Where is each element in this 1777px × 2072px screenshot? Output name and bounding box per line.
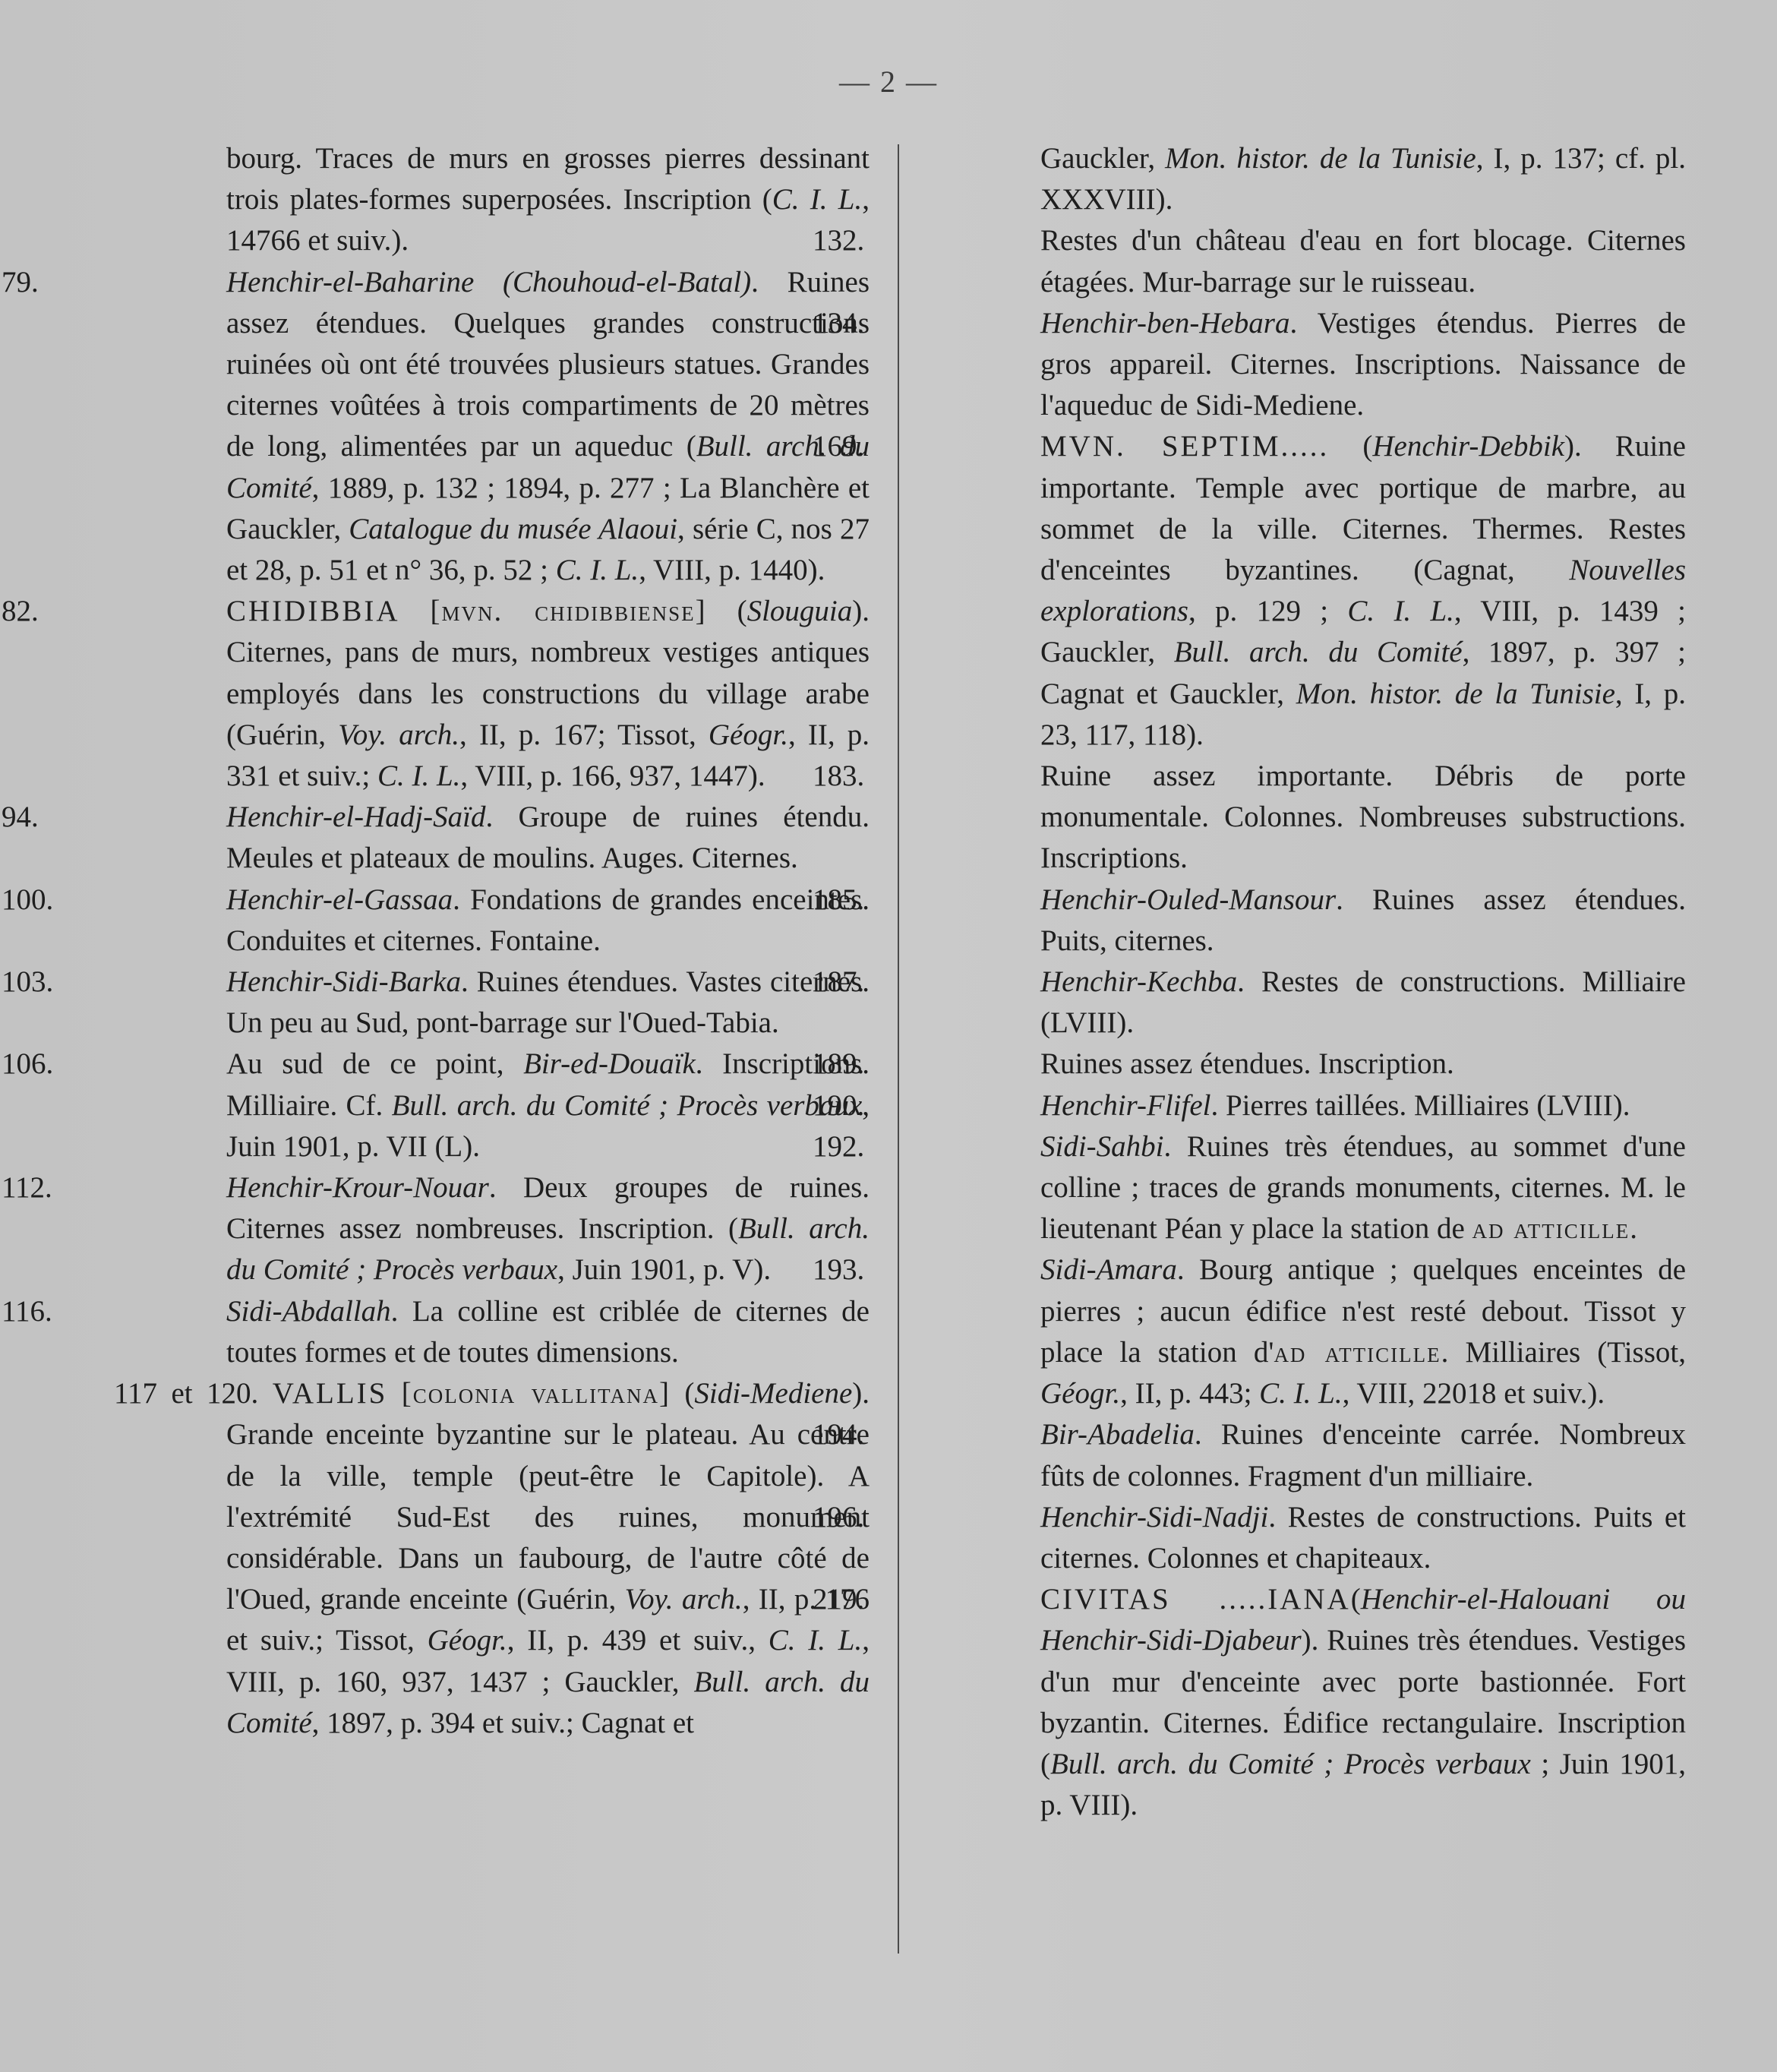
site-entry: 192.Sidi-Sahbi. Ruines très étendues, au… (926, 1126, 1686, 1250)
column-divider (898, 144, 899, 1954)
site-name: Henchir-el-Hadj-Saïd (226, 801, 485, 833)
site-name: Henchir-Sidi-Nadji (1040, 1501, 1268, 1533)
site-entry: 79.Henchir-el-Baharine (Chouhoud-el-Bata… (114, 262, 870, 592)
entry-number: 100. (114, 880, 226, 921)
site-name: Henchir-Kechba (1040, 965, 1237, 998)
entry-number: 134. (926, 303, 1040, 344)
site-name: Bir-Abadelia (1040, 1418, 1195, 1451)
ancient-name: CHIDIBBIA (226, 595, 400, 627)
site-entry: 117 et 120. VALLIS [colonia vallitana] (… (114, 1373, 870, 1744)
entry-number: 194. (926, 1414, 1040, 1455)
station-name: ad atticille (1274, 1336, 1441, 1369)
site-name: Henchir-Sidi-Barka (226, 965, 461, 998)
entry-number: 192. (926, 1126, 1040, 1167)
site-name: Sidi-Sahbi (1040, 1130, 1164, 1163)
station-name: ad atticille (1472, 1212, 1630, 1245)
entry-number: 106. (114, 1044, 226, 1085)
site-entry: 106.Au sud de ce point, Bir-ed-Douaïk. I… (114, 1044, 870, 1167)
site-entry: 116.Sidi-Abdallah. La colline est criblé… (114, 1291, 870, 1373)
entry-number: 103. (114, 962, 226, 1003)
site-entry: 183.Ruine assez importante. Débris de po… (926, 756, 1686, 880)
continuation-paragraph: Gauckler, Mon. histor. de la Tunisie, I,… (926, 138, 1686, 220)
page-number: — 2 — (0, 64, 1777, 99)
site-name: Henchir-Flifel (1040, 1089, 1210, 1122)
entry-number: 185. (926, 880, 1040, 921)
site-entry: 169.MVN. SEPTIM..... (Henchir-Debbik). R… (926, 426, 1686, 756)
site-name: Sidi-Abdallah (226, 1295, 391, 1328)
ancient-name: CIVITAS .....IANA (1040, 1583, 1351, 1616)
site-name: Bir-ed-Douaïk (523, 1047, 696, 1080)
site-entry: 194.Bir-Abadelia. Ruines d'enceinte carr… (926, 1414, 1686, 1496)
entry-number: 112. (114, 1167, 226, 1208)
ancient-name-latin: [mvn. chidibbiense] (430, 595, 706, 627)
entry-number: 190. (926, 1085, 1040, 1126)
site-entry: 187.Henchir-Kechba. Restes de constructi… (926, 962, 1686, 1044)
entry-number: 117 et 120. (114, 1377, 258, 1410)
site-entry: 103.Henchir-Sidi-Barka. Ruines étendues.… (114, 962, 870, 1044)
entry-number: 219. (926, 1579, 1040, 1620)
entry-number: 196. (926, 1497, 1040, 1538)
citation-ref: Mon. histor. de la Tunisie (1165, 142, 1476, 175)
site-name: Henchir-Ouled-Mansour (1040, 883, 1336, 916)
site-entry: 132.Restes d'un château d'eau en fort bl… (926, 220, 1686, 302)
site-entry: 82.CHIDIBBIA [mvn. chidibbiense] (Slougu… (114, 591, 870, 797)
site-name: Henchir-Krour-Nouar (226, 1171, 489, 1204)
entry-number: 187. (926, 962, 1040, 1003)
site-entry: 100.Henchir-el-Gassaa. Fondations de gra… (114, 880, 870, 962)
site-name: Slouguia (747, 595, 853, 627)
site-name: Henchir-ben-Hebara (1040, 307, 1289, 340)
site-entry: 134.Henchir-ben-Hebara. Vestiges étendus… (926, 303, 1686, 427)
site-name: Henchir-el-Gassaa (226, 883, 453, 916)
entry-number: 79. (114, 262, 226, 303)
entry-number: 82. (114, 591, 226, 632)
site-entry: 219.CIVITAS .....IANA(Henchir-el-Halouan… (926, 1579, 1686, 1826)
right-column: Gauckler, Mon. histor. de la Tunisie, I,… (926, 138, 1686, 1826)
site-entry: 112.Henchir-Krour-Nouar. Deux groupes de… (114, 1167, 870, 1291)
entry-number: 193. (926, 1249, 1040, 1290)
ancient-name: VALLIS (273, 1377, 388, 1410)
site-name: Sidi-Amara (1040, 1253, 1177, 1286)
entry-number: 116. (114, 1291, 226, 1332)
entry-number: 169. (926, 426, 1040, 467)
site-entry: 193.Sidi-Amara. Bourg antique ; quelques… (926, 1249, 1686, 1414)
site-entry: 185.Henchir-Ouled-Mansour. Ruines assez … (926, 880, 1686, 962)
citation-ref: C. I. L. (772, 183, 862, 216)
entry-number: 132. (926, 220, 1040, 261)
entry-number: 94. (114, 797, 226, 838)
ancient-name: MVN. SEPTIM..... (1040, 430, 1329, 463)
site-entry: 94.Henchir-el-Hadj-Saïd. Groupe de ruine… (114, 797, 870, 879)
left-column: bourg. Traces de murs en grosses pierres… (114, 138, 870, 1744)
ancient-name-latin: [colonia vallitana] (402, 1377, 671, 1410)
continuation-paragraph: bourg. Traces de murs en grosses pierres… (114, 138, 870, 262)
site-name: Sidi-Mediene (694, 1377, 852, 1410)
site-name: Henchir-Debbik (1372, 430, 1564, 463)
site-entry: 189.Ruines assez étendues. Inscription. (926, 1044, 1686, 1085)
site-entry: 196.Henchir-Sidi-Nadji. Restes de constr… (926, 1497, 1686, 1579)
entry-number: 183. (926, 756, 1040, 797)
site-entry: 190.Henchir-Flifel. Pierres taillées. Mi… (926, 1085, 1686, 1126)
entry-number: 189. (926, 1044, 1040, 1085)
site-name: Henchir-el-Baharine (Chouhoud-el-Batal) (226, 266, 751, 298)
